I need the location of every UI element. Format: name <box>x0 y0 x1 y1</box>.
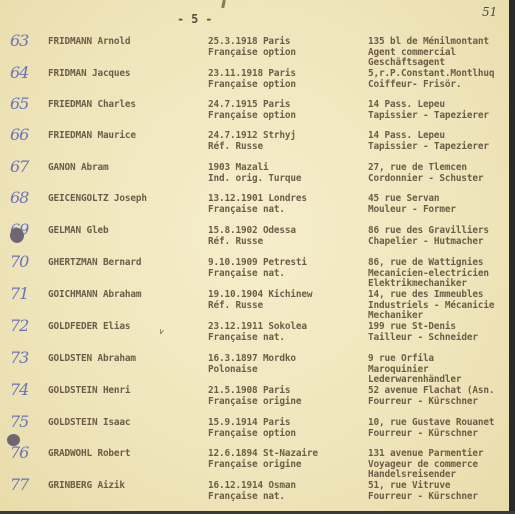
birth-info: 9.10.1909 PetrestiFrançaise nat. <box>208 258 307 279</box>
address-occupation: 86 rue des GravilliersChapelier - Hutmac… <box>368 226 489 247</box>
nationality: Ind. orig. Turque <box>208 174 301 185</box>
birth-info: 1903 MazaliInd. orig. Turque <box>208 163 301 184</box>
occupation-line: Tapissier - Tapezierer <box>368 142 489 153</box>
person-name: GOICHMANN Abraham <box>48 290 141 301</box>
address-occupation: 27, rue de TlemcenCordonnier - Schuster <box>368 163 483 184</box>
address-line: 9 rue Orfila <box>368 354 461 365</box>
person-name: FRIEDMAN Maurice <box>48 131 136 142</box>
birth-date-place: 15.8.1902 Odessa <box>208 226 296 237</box>
occupation-line: Coiffeur- Frisör. <box>368 80 494 91</box>
birth-date-place: 15.9.1914 Paris <box>208 418 296 429</box>
address-line: 27, rue de Tlemcen <box>368 163 483 174</box>
address-line: 52 avenue Flachat (Asn. <box>368 386 494 397</box>
birth-date-place: 13.12.1901 Londres <box>208 194 307 205</box>
birth-date-place: 25.3.1918 Paris <box>208 37 296 48</box>
occupation-line: Geschäftsagent <box>368 58 489 69</box>
birth-info: 25.3.1918 ParisFrançaise option <box>208 37 296 58</box>
occupation-line: Fourreur - Kürschner <box>368 397 494 408</box>
entry-number: 73 <box>10 348 28 367</box>
birth-info: 15.9.1914 ParisFrançaise option <box>208 418 296 439</box>
person-name: GOLDSTEIN Henri <box>48 386 130 397</box>
birth-info: 23.12.1911 SokoleaFrançaise nat. <box>208 322 307 343</box>
address-line: 14, rue des Immeubles <box>368 290 494 301</box>
birth-info: 24.7.1912 StrhyjRéf. Russe <box>208 131 296 152</box>
occupation-line: Elektrikmechaniker <box>368 279 489 290</box>
occupation-line: Mechaniker <box>368 311 494 322</box>
person-name: GEICENGOLTZ Joseph <box>48 194 147 205</box>
address-occupation: 86, rue de WattigniesMecanicien-electric… <box>368 258 489 290</box>
nationality: Réf. Russe <box>208 142 296 153</box>
occupation-line: Fourreur - Kürschner <box>368 429 494 440</box>
address-occupation: 131 avenue ParmentierVoyageur de commerc… <box>368 449 483 481</box>
address-line: 5,r.P.Constant.Montlhuq <box>368 69 494 80</box>
entry-number: 63 <box>10 31 28 50</box>
person-name: GELMAN Gleb <box>48 226 108 237</box>
birth-date-place: 16.3.1897 Mordko <box>208 354 296 365</box>
occupation-line: Handelsreisender <box>368 470 483 481</box>
occupation-line: Chapelier - Hutmacher <box>368 237 489 248</box>
address-occupation: 5,r.P.Constant.MontlhuqCoiffeur- Frisör. <box>368 69 494 90</box>
entry-number: 74 <box>10 380 28 399</box>
birth-info: 12.6.1894 St-NazaireFrançaise origine <box>208 449 318 470</box>
birth-info: 24.7.1915 ParisFrançaise option <box>208 100 296 121</box>
birth-date-place: 19.10.1904 Kichinew <box>208 290 312 301</box>
address-line: 10, rue Gustave Rouanet <box>368 418 494 429</box>
page-marker: - 5 - <box>177 14 212 25</box>
birth-date-place: 23.11.1918 Paris <box>208 69 296 80</box>
birth-date-place: 23.12.1911 Sokolea <box>208 322 307 333</box>
address-occupation: 9 rue OrfilaMaroquinierLederwarenhändler <box>368 354 461 386</box>
birth-date-place: 24.7.1915 Paris <box>208 100 296 111</box>
entry-number: 68 <box>10 188 28 207</box>
folio-number: 51 <box>482 5 497 19</box>
person-name: GOLDSTEN Abraham <box>48 354 136 365</box>
entry-number: 75 <box>10 412 28 431</box>
nationality: Française option <box>208 429 296 440</box>
birth-info: 21.5.1908 ParisFrançaise origine <box>208 386 301 407</box>
nationality: Réf. Russe <box>208 301 312 312</box>
ink-mark <box>221 0 226 8</box>
address-line: 45 rue Servan <box>368 194 456 205</box>
birth-date-place: 9.10.1909 Petresti <box>208 258 307 269</box>
birth-date-place: 1903 Mazali <box>208 163 301 174</box>
address-occupation: 135 bl de MénilmontantAgent commercialGe… <box>368 37 489 69</box>
nationality: Française nat. <box>208 269 307 280</box>
person-name: GRADWOHL Robert <box>48 449 130 460</box>
occupation-line: Mouleur - Former <box>368 205 456 216</box>
nationality: Française origine <box>208 460 318 471</box>
nationality: Française origine <box>208 397 301 408</box>
ink-blot <box>10 228 24 243</box>
address-occupation: 14 Pass. LepeuTapissier - Tapezierer <box>368 100 489 121</box>
person-name: GOLDSTEIN Isaac <box>48 418 130 429</box>
entry-number: 71 <box>10 284 28 303</box>
address-occupation: 199 rue St-DenisTailleur - Schneider <box>368 322 478 343</box>
address-occupation: 51, rue VitruveFourreur - Kürschner <box>368 481 478 502</box>
address-occupation: 52 avenue Flachat (Asn.Fourreur - Kürsch… <box>368 386 494 407</box>
address-line: 14 Pass. Lepeu <box>368 131 489 142</box>
entry-number: 66 <box>10 125 28 144</box>
birth-info: 16.3.1897 MordkoPolonaise <box>208 354 296 375</box>
entry-number: 72 <box>10 316 28 335</box>
birth-info: 19.10.1904 KichinewRéf. Russe <box>208 290 312 311</box>
person-name: GHERTZMAN Bernard <box>48 258 141 269</box>
birth-info: 13.12.1901 LondresFrançaise nat. <box>208 194 307 215</box>
nationality: Française option <box>208 48 296 59</box>
person-name: FRIDMANN Arnold <box>48 37 130 48</box>
nationality: Polonaise <box>208 365 296 376</box>
address-line: 131 avenue Parmentier <box>368 449 483 460</box>
birth-date-place: 16.12.1914 Osman <box>208 481 296 492</box>
entry-number: 64 <box>10 63 28 82</box>
nationality: Française nat. <box>208 492 296 503</box>
birth-date-place: 21.5.1908 Paris <box>208 386 301 397</box>
nationality: Réf. Russe <box>208 237 296 248</box>
address-occupation: 14, rue des ImmeublesIndustriels - Mécan… <box>368 290 494 322</box>
entry-number: 70 <box>10 252 28 271</box>
address-occupation: 10, rue Gustave RouanetFourreur - Kürsch… <box>368 418 494 439</box>
ink-blot <box>7 434 20 446</box>
address-line: 14 Pass. Lepeu <box>368 100 489 111</box>
person-name: FRIDMAN Jacques <box>48 69 130 80</box>
person-name: GANON Abram <box>48 163 108 174</box>
nationality: Française option <box>208 111 296 122</box>
address-occupation: 45 rue ServanMouleur - Former <box>368 194 456 215</box>
scan-edge <box>509 0 515 514</box>
document-page: - 5 - 51 63FRIDMANN Arnold25.3.1918 Pari… <box>0 0 509 514</box>
birth-date-place: 12.6.1894 St-Nazaire <box>208 449 318 460</box>
birth-info: 15.8.1902 OdessaRéf. Russe <box>208 226 296 247</box>
entry-number: 77 <box>10 475 28 494</box>
nationality: Française nat. <box>208 333 307 344</box>
entry-number: 65 <box>10 94 28 113</box>
pencil-mark: v <box>158 326 166 336</box>
birth-date-place: 24.7.1912 Strhyj <box>208 131 296 142</box>
birth-info: 23.11.1918 ParisFrançaise option <box>208 69 296 90</box>
address-line: 135 bl de Ménilmontant <box>368 37 489 48</box>
occupation-line: Tailleur - Schneider <box>368 333 478 344</box>
occupation-line: Lederwarenhändler <box>368 375 461 386</box>
address-occupation: 14 Pass. LepeuTapissier - Tapezierer <box>368 131 489 152</box>
address-line: 199 rue St-Denis <box>368 322 478 333</box>
occupation-line: Tapissier - Tapezierer <box>368 111 489 122</box>
occupation-line: Fourreur - Kürschner <box>368 492 478 503</box>
person-name: GRINBERG Aizik <box>48 481 125 492</box>
person-name: GOLDFEDER Elias <box>48 322 130 333</box>
occupation-line: Cordonnier - Schuster <box>368 174 483 185</box>
address-line: 51, rue Vitruve <box>368 481 478 492</box>
address-line: 86 rue des Gravilliers <box>368 226 489 237</box>
address-line: 86, rue de Wattignies <box>368 258 489 269</box>
entry-number: 67 <box>10 157 28 176</box>
nationality: Française option <box>208 80 296 91</box>
person-name: FRIEDMAN Charles <box>48 100 136 111</box>
nationality: Française nat. <box>208 205 307 216</box>
birth-info: 16.12.1914 OsmanFrançaise nat. <box>208 481 296 502</box>
